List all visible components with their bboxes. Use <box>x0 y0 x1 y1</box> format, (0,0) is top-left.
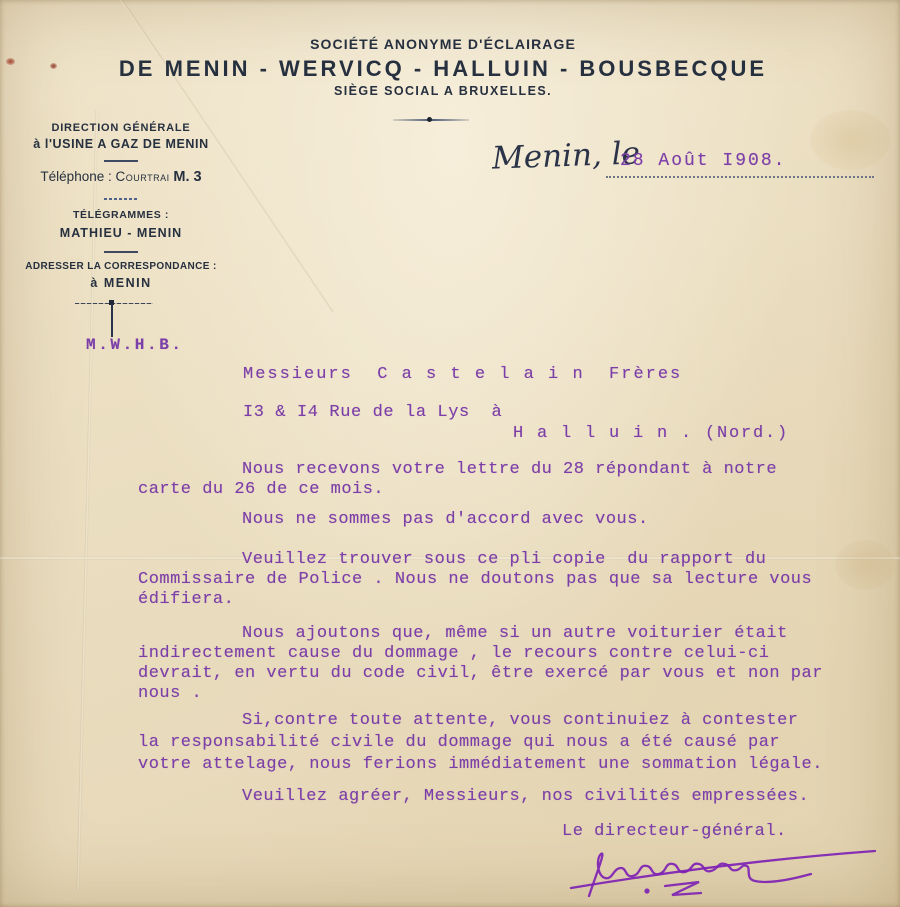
bracket-line <box>111 304 113 337</box>
direction-generale-label: DIRECTION GÉNÉRALE <box>16 122 226 134</box>
recipient-street: I3 & I4 Rue de la Lys à <box>243 403 502 422</box>
telephone-number: M. 3 <box>173 169 201 185</box>
correspondence-city: à MENIN <box>16 276 226 290</box>
recipient-name: Messieurs C a s t e l a i n Frères <box>243 365 682 384</box>
company-subtitle: SOCIÉTÉ ANONYME D'ÉCLAIRAGE <box>0 36 886 52</box>
body-paragraph-1: Nous recevons votre lettre du 28 réponda… <box>138 460 853 500</box>
signature-dot-icon <box>644 888 649 893</box>
signature <box>543 838 883 907</box>
bracket-line <box>75 303 153 304</box>
recipient-city: H a l l u i n . (Nord.) <box>513 424 789 443</box>
signature-paraph <box>665 882 701 895</box>
letterhead-divider <box>393 119 469 121</box>
sidebar-divider <box>104 251 138 253</box>
telephone-exchange: Courtrai <box>116 169 170 184</box>
letter-document: SOCIÉTÉ ANONYME D'ÉCLAIRAGE DE MENIN - W… <box>0 0 900 907</box>
closing-salutation: Veuillez agréer, Messieurs, nos civilité… <box>138 787 853 807</box>
divider-dot-icon <box>427 117 432 122</box>
company-name: DE MENIN - WERVICQ - HALLUIN - BOUSBECQU… <box>0 56 886 82</box>
company-monogram: M.W.H.B. <box>86 336 184 354</box>
telegrams-label: TÉLÉGRAMMES : <box>16 209 226 221</box>
sidebar-divider <box>104 160 138 162</box>
dateline-date: 28 Août I908. <box>620 151 786 171</box>
body-paragraph-5: Si,contre toute attente, vous continuiez… <box>138 710 853 776</box>
telephone-line: Téléphone : Courtrai M. 3 <box>16 169 226 185</box>
sidebar-divider <box>104 198 138 200</box>
company-seat: SIÈGE SOCIAL A BRUXELLES. <box>0 84 886 98</box>
telegrams-address: MATHIEU - MENIN <box>16 226 226 240</box>
body-paragraph-4: Nous ajoutons que, même si un autre voit… <box>138 624 853 704</box>
usine-gaz-label: à l'USINE A GAZ DE MENIN <box>16 137 226 151</box>
body-paragraph-2: Nous ne sommes pas d'accord avec vous. <box>138 510 853 530</box>
correspondence-label: ADRESSER LA CORRESPONDANCE : <box>16 261 226 272</box>
telephone-label: Téléphone : <box>40 169 111 184</box>
body-paragraph-3: Veuillez trouver sous ce pli copie du ra… <box>138 550 853 610</box>
